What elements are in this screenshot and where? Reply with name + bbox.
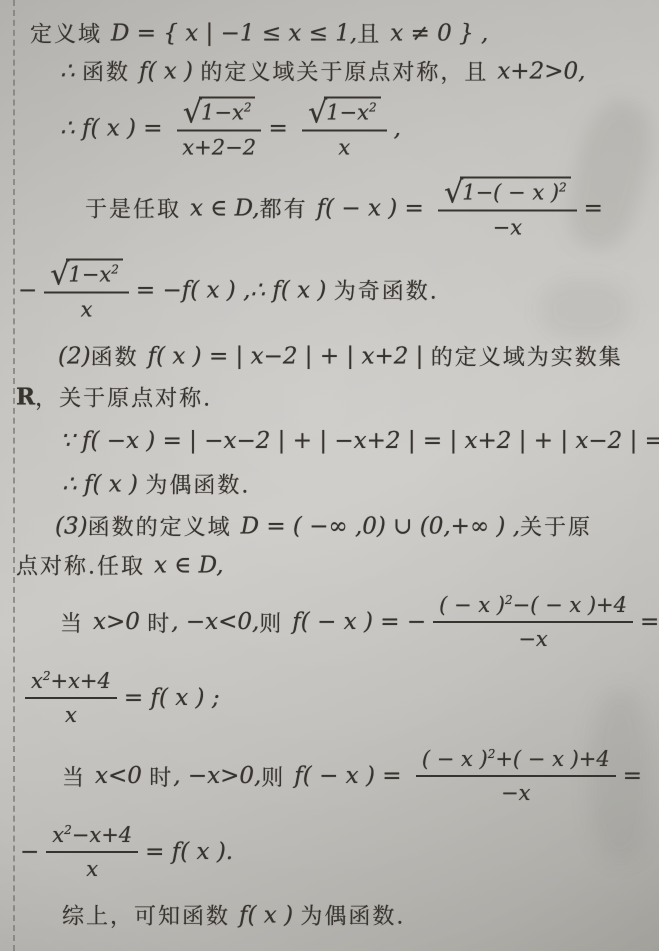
chinese-text: 函数的定义域: [88, 511, 241, 542]
math-text: ( − x ): [422, 747, 488, 771]
fraction: ( − x )2−( − x )+4−x: [433, 593, 633, 651]
solution-line: ∴ f( x ) 为偶函数.: [62, 469, 250, 500]
solution-line: 综上，可知函数 f( x ) 为偶函数.: [62, 900, 405, 931]
math-text: ∴ f( x ): [62, 471, 145, 497]
math-text: x ∈ D,: [154, 552, 224, 578]
solution-line: ∴ f( x ) = √1−x2x+2−2= √1−x2x,: [60, 97, 401, 160]
chinese-text: 综上，可知函数: [62, 900, 239, 931]
fraction-numerator: ( − x )2+( − x )+4: [416, 747, 616, 777]
math-text: 1−x: [326, 101, 369, 125]
solution-line: 于是任取 x ∈ D,都有 f( − x ) = √1−( − x )2−x=: [85, 177, 603, 240]
math-text: (2): [58, 343, 91, 369]
math-text: =: [584, 195, 603, 221]
math-text: x>0: [93, 609, 147, 635]
radical-sign-icon: √: [444, 180, 463, 207]
math-text: x<0: [95, 763, 149, 789]
chinese-text: 函数: [91, 341, 148, 372]
fraction-numerator: √1−( − x )2: [438, 177, 577, 212]
chinese-text: 函数: [82, 56, 139, 87]
superscript: 2: [505, 593, 513, 607]
fraction: x2+x+4x: [25, 669, 117, 727]
fraction-denominator: −x: [493, 212, 522, 240]
math-text: = f( x ) ;: [124, 685, 220, 711]
math-text: 1−x: [68, 263, 111, 287]
radical-expression: √1−x2: [308, 97, 381, 125]
chinese-text: 为奇函数.: [334, 275, 439, 306]
math-text: x: [338, 136, 350, 160]
math-text: ∴ f( x ) =: [60, 115, 170, 141]
solution-line: (2)函数 f( x ) = | x−2 | + | x+2 | 的定义域为实数…: [58, 341, 623, 372]
chinese-text: 时: [147, 607, 171, 638]
math-text: = f( x ).: [145, 839, 233, 865]
solution-line: 定义域 D = { x | −1 ≤ x ≤ 1,且 x ≠ 0 } ,: [30, 18, 488, 49]
chinese-text: 的定义域为实数集: [431, 341, 623, 372]
math-text: ( − x ): [439, 593, 505, 617]
math-text: =: [623, 763, 642, 789]
fraction: √1−( − x )2−x: [438, 177, 577, 240]
chinese-text: 则: [259, 607, 292, 638]
fraction: √1−x2x+2−2: [177, 97, 262, 160]
chinese-text: 都有: [260, 193, 317, 224]
radicand: 1−x2: [324, 97, 380, 125]
page-content: 定义域 D = { x | −1 ≤ x ≤ 1,且 x ≠ 0 } ,∴ 函数…: [0, 0, 659, 951]
chinese-text: 且: [357, 18, 390, 49]
math-text: f( x ): [239, 902, 300, 928]
solution-line: 点对称.任取 x ∈ D,: [16, 550, 224, 581]
math-text: −( − x )+4: [513, 593, 627, 617]
solution-line: R，关于原点对称.: [16, 382, 212, 413]
solution-line: 当 x>0 时, −x<0,则 f( − x ) = −( − x )2−( −…: [60, 593, 659, 651]
solution-line: −√1−x2x= −f( x ) ,∴ f( x ) 为奇函数.: [18, 259, 439, 322]
chinese-text: 当: [60, 607, 93, 638]
chinese-text: 的定义域关于原点对称，且: [200, 56, 497, 87]
chinese-text: 则: [261, 761, 294, 792]
math-text: x: [31, 669, 43, 693]
math-text: +( − x )+4: [495, 747, 609, 771]
math-text: (3): [55, 513, 88, 539]
radical-expression: √1−( − x )2: [444, 177, 571, 205]
math-text: x+2−2: [182, 136, 256, 160]
math-text: , −x<0,: [171, 609, 259, 635]
fraction-denominator: x: [86, 853, 98, 881]
fraction-denominator: x: [81, 294, 93, 322]
fraction-denominator: x: [65, 699, 77, 727]
fraction-numerator: x2+x+4: [25, 669, 117, 699]
fraction-denominator: x+2−2: [182, 132, 256, 160]
radical-expression: √1−x2: [183, 97, 256, 125]
math-text: f( − x ) =: [317, 195, 432, 221]
fraction-denominator: −x: [518, 623, 547, 651]
solution-line: ∴ 函数 f( x ) 的定义域关于原点对称，且 x+2>0,: [60, 56, 585, 87]
math-text: −: [20, 839, 39, 865]
math-text: =: [268, 115, 295, 141]
superscript: 2: [559, 181, 567, 195]
math-text: −x: [501, 781, 530, 805]
bold-symbol: R: [16, 384, 35, 411]
radical-sign-icon: √: [50, 262, 69, 289]
superscript: 2: [244, 101, 252, 115]
math-text: 1−x: [201, 101, 244, 125]
chinese-text: 为偶函数.: [300, 900, 405, 931]
math-text: D = { x | −1 ≤ x ≤ 1,: [111, 20, 357, 46]
math-text: ∵ f( −x ) = | −x−2 | + | −x+2 | = | x+2 …: [60, 428, 659, 454]
math-text: x: [52, 823, 64, 847]
math-text: −x: [493, 216, 522, 240]
solution-line: ∵ f( −x ) = | −x−2 | + | −x+2 | = | x+2 …: [60, 428, 659, 454]
chinese-text: 于是任取: [85, 193, 190, 224]
fraction: √1−x2x: [44, 259, 129, 322]
fraction-numerator: √1−x2: [302, 97, 387, 132]
chinese-text: ，关于原点对称.: [35, 382, 212, 413]
radical-sign-icon: √: [308, 100, 327, 127]
fraction: x2−x+4x: [46, 823, 138, 881]
chinese-text: 当: [62, 761, 95, 792]
solution-line: x2+x+4x= f( x ) ;: [18, 669, 220, 727]
radical-sign-icon: √: [183, 100, 202, 127]
math-text: 1−( − x ): [462, 181, 559, 205]
math-text: −x: [518, 627, 547, 651]
solution-line: −x2−x+4x= f( x ).: [20, 823, 233, 881]
math-text: −: [18, 277, 37, 303]
textbook-page-photo: 定义域 D = { x | −1 ≤ x ≤ 1,且 x ≠ 0 } ,∴ 函数…: [0, 0, 659, 951]
superscript: 2: [111, 263, 119, 277]
fraction: ( − x )2+( − x )+4−x: [416, 747, 616, 805]
math-text: f( − x ) =: [294, 763, 409, 789]
math-text: x+2>0,: [497, 58, 585, 84]
fraction-numerator: √1−x2: [44, 259, 129, 294]
solution-line: 当 x<0 时, −x>0,则 f( − x ) = ( − x )2+( − …: [62, 747, 642, 805]
fraction-numerator: x2−x+4: [46, 823, 138, 853]
radicand: 1−x2: [66, 259, 122, 287]
math-text: f( − x ) = −: [292, 609, 426, 635]
math-text: f( x ) = | x−2 | + | x+2 |: [148, 343, 431, 369]
math-text: x ≠ 0 } ,: [390, 20, 488, 46]
math-text: x: [65, 703, 77, 727]
math-text: ∴: [60, 58, 82, 84]
chinese-text: 关于原: [520, 511, 592, 542]
fraction-numerator: ( − x )2−( − x )+4: [433, 593, 633, 623]
math-text: +x+4: [50, 669, 110, 693]
radicand: 1−x2: [199, 97, 255, 125]
radical-expression: √1−x2: [50, 259, 123, 287]
math-text: x ∈ D,: [190, 195, 260, 221]
math-text: D = ( −∞ ,0) ∪ (0,+∞ ) ,: [241, 513, 520, 539]
math-text: = −f( x ) ,∴ f( x ): [136, 277, 334, 303]
chinese-text: 为偶函数.: [145, 469, 250, 500]
math-text: x: [86, 857, 98, 881]
solution-line: (3)函数的定义域 D = ( −∞ ,0) ∪ (0,+∞ ) ,关于原: [55, 511, 592, 542]
math-text: x: [81, 298, 93, 322]
fraction-denominator: −x: [501, 777, 530, 805]
fraction-numerator: √1−x2: [177, 97, 262, 132]
math-text: ,: [394, 115, 401, 141]
superscript: 2: [64, 823, 72, 837]
fraction: √1−x2x: [302, 97, 387, 160]
chinese-text: 定义域: [30, 18, 111, 49]
math-text: f( x ): [139, 58, 200, 84]
math-text: , −x>0,: [173, 763, 261, 789]
chinese-text: 时: [149, 761, 173, 792]
fraction-denominator: x: [338, 132, 350, 160]
math-text: −x+4: [72, 823, 132, 847]
math-text: =: [640, 609, 659, 635]
superscript: 2: [369, 101, 377, 115]
radicand: 1−( − x )2: [460, 177, 570, 205]
chinese-text: 点对称.任取: [16, 550, 154, 581]
